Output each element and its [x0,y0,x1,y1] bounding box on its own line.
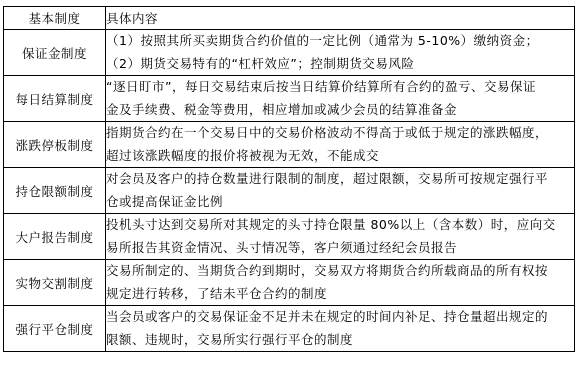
content-line: 规定进行转移，了结未平仓合约的制度 [106,283,574,306]
system-content: 指期货合约在一个交易日中的交易价格波动不得高于或低于规定的涨跌幅度， 超过该涨跌… [106,122,575,168]
table-row: 保证金制度 （1）按照其所买卖期货合约价值的一定比例（通常为 5-10%）缴纳资… [4,30,575,76]
table-row: 实物交割制度 交易所制定的、当期货合约到期时，交易双方将期货合约所载商品的所有权… [4,260,575,306]
table-row: 强行平仓制度 当会员或客户的交易保证金不足并未在规定的时间内补足、持仓量超出规定… [4,306,575,352]
system-content: 投机头寸达到交易所对其规定的头寸持仓限量 80%以上（含本数）时，应向交 易所报… [106,214,575,260]
content-line: 限额、违规时，交易所实行强行平仓的制度 [106,329,574,352]
futures-systems-table: 基本制度 具体内容 保证金制度 （1）按照其所买卖期货合约价值的一定比例（通常为… [3,6,575,352]
header-basic-system: 基本制度 [4,7,106,30]
header-details: 具体内容 [106,7,575,30]
table-row: 大户报告制度 投机头寸达到交易所对其规定的头寸持仓限量 80%以上（含本数）时，… [4,214,575,260]
system-name: 涨跌停板制度 [4,122,106,168]
system-name: 持仓限额制度 [4,168,106,214]
system-name: 保证金制度 [4,30,106,76]
content-line: 易所报告其资金情况、头寸情况等，客户须通过经纪会员报告 [106,237,574,260]
content-line: 投机头寸达到交易所对其规定的头寸持仓限量 80%以上（含本数）时，应向交 [106,214,574,237]
content-line: 交易所制定的、当期货合约到期时，交易双方将期货合约所载商品的所有权按 [106,260,574,283]
table-row: 每日结算制度 “逐日盯市”，每日交易结束后按当日结算价结算所有合约的盈亏、交易保… [4,76,575,122]
system-content: 交易所制定的、当期货合约到期时，交易双方将期货合约所载商品的所有权按 规定进行转… [106,260,575,306]
content-line: 超过该涨跌幅度的报价将被视为无效，不能成交 [106,145,574,168]
system-content: （1）按照其所买卖期货合约价值的一定比例（通常为 5-10%）缴纳资金； （2）… [106,30,575,76]
system-content: 对会员及客户的持仓数量进行限制的制度，超过限额，交易所可按规定强行平 仓或提高保… [106,168,575,214]
content-line: 仓或提高保证金比例 [106,191,574,214]
system-content: 当会员或客户的交易保证金不足并未在规定的时间内补足、持仓量超出规定的 限额、违规… [106,306,575,352]
system-name: 强行平仓制度 [4,306,106,352]
table-row: 持仓限额制度 对会员及客户的持仓数量进行限制的制度，超过限额，交易所可按规定强行… [4,168,575,214]
system-content: “逐日盯市”，每日交易结束后按当日结算价结算所有合约的盈亏、交易保证 金及手续费… [106,76,575,122]
content-line: 金及手续费、税金等费用，相应增加或减少会员的结算准备金 [106,99,574,122]
system-name: 大户报告制度 [4,214,106,260]
content-line: 对会员及客户的持仓数量进行限制的制度，超过限额，交易所可按规定强行平 [106,168,574,191]
system-name: 每日结算制度 [4,76,106,122]
content-line: 当会员或客户的交易保证金不足并未在规定的时间内补足、持仓量超出规定的 [106,306,574,329]
content-line: （1）按照其所买卖期货合约价值的一定比例（通常为 5-10%）缴纳资金； [106,30,574,53]
system-name: 实物交割制度 [4,260,106,306]
header-row: 基本制度 具体内容 [4,7,575,30]
content-line: （2）期货交易特有的“杠杆效应”；控制期货交易风险 [106,53,574,76]
content-line: “逐日盯市”，每日交易结束后按当日结算价结算所有合约的盈亏、交易保证 [106,76,574,99]
content-line: 指期货合约在一个交易日中的交易价格波动不得高于或低于规定的涨跌幅度， [106,122,574,145]
table-row: 涨跌停板制度 指期货合约在一个交易日中的交易价格波动不得高于或低于规定的涨跌幅度… [4,122,575,168]
